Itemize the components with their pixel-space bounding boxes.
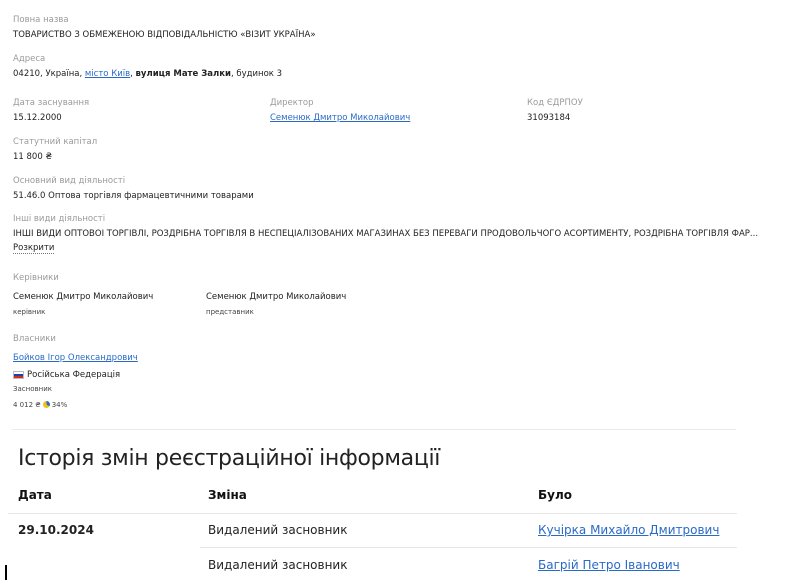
- header-divider: [8, 513, 737, 514]
- edrpou-label: Код ЄДРПОУ: [527, 98, 583, 108]
- main-activity-value: 51.46.0 Оптова торгівля фармацевтичними …: [13, 191, 254, 201]
- share-pie-icon: [43, 401, 50, 408]
- capital-value: 11 800 ₴: [13, 152, 52, 162]
- manager-name: Семенюк Дмитро Миколайович: [206, 292, 346, 302]
- director-value-wrap: Семенюк Дмитро Миколайович: [270, 113, 410, 123]
- director-label: Директор: [270, 98, 313, 108]
- owner-role: Засновник: [13, 385, 52, 393]
- address-prefix: 04210, Україна,: [13, 69, 85, 79]
- history-title: Історія змін реєстраційної інформації: [18, 446, 440, 471]
- manager-name: Семенюк Дмитро Миколайович: [13, 292, 153, 302]
- row-date: 29.10.2024: [18, 523, 94, 537]
- manager-role: представник: [206, 308, 254, 316]
- owner-share-percent: 34%: [52, 401, 68, 409]
- other-activities-value: ІНШІ ВИДИ ОПТОВОЇ ТОРГІВЛІ, РОЗДРІБНА ТО…: [13, 229, 783, 239]
- row-was-link[interactable]: Багрій Петро Іванович: [538, 558, 680, 572]
- owner-share: 4 012 ₴34%: [13, 401, 67, 409]
- address-value: 04210, Україна, місто Київ, вулиця Мате …: [13, 69, 282, 79]
- founded-label: Дата заснування: [13, 98, 89, 108]
- capital-label: Статутний капітал: [13, 137, 97, 147]
- address-suffix: , будинок 3: [231, 69, 282, 79]
- full-name-label: Повна назва: [13, 15, 69, 25]
- row-change: Видалений засновник: [208, 523, 347, 537]
- russia-flag-icon: [13, 371, 24, 379]
- address-street: вулиця Мате Залки: [136, 69, 231, 79]
- column-header-change: Зміна: [208, 488, 247, 502]
- row-was-wrap: Багрій Петро Іванович: [538, 558, 680, 572]
- main-activity-label: Основний вид діяльності: [13, 176, 125, 186]
- city-link[interactable]: місто Київ: [85, 69, 130, 79]
- edrpou-value: 31093184: [527, 113, 570, 123]
- column-header-date: Дата: [18, 488, 52, 502]
- row-was-link[interactable]: Кучірка Михайло Дмитрович: [538, 523, 719, 537]
- owner-link[interactable]: Бойков Ігор Олександрович: [13, 353, 138, 363]
- founded-value: 15.12.2000: [13, 113, 62, 123]
- owner-name-wrap: Бойков Ігор Олександрович: [13, 353, 138, 363]
- full-name-value: ТОВАРИСТВО З ОБМЕЖЕНОЮ ВІДПОВІДАЛЬНІСТЮ …: [13, 30, 316, 40]
- expand-button[interactable]: Розкрити: [13, 243, 54, 254]
- owner-amount: 4 012 ₴: [13, 401, 41, 409]
- column-header-was: Було: [538, 488, 572, 502]
- director-link[interactable]: Семенюк Дмитро Миколайович: [270, 113, 410, 123]
- address-label: Адреса: [13, 54, 45, 64]
- row-was-wrap: Кучірка Михайло Дмитрович: [538, 523, 719, 537]
- owner-country-text: Російська Федерація: [27, 370, 120, 380]
- section-divider: [12, 429, 736, 430]
- manager-role: керівник: [13, 308, 45, 316]
- other-activities-label: Інші види діяльності: [13, 214, 105, 224]
- owners-label: Власники: [13, 334, 56, 344]
- row-change: Видалений засновник: [208, 558, 347, 572]
- managers-label: Керівники: [13, 273, 59, 283]
- owner-country: Російська Федерація: [13, 370, 120, 380]
- row-divider: [200, 547, 737, 548]
- text-cursor: [5, 565, 7, 580]
